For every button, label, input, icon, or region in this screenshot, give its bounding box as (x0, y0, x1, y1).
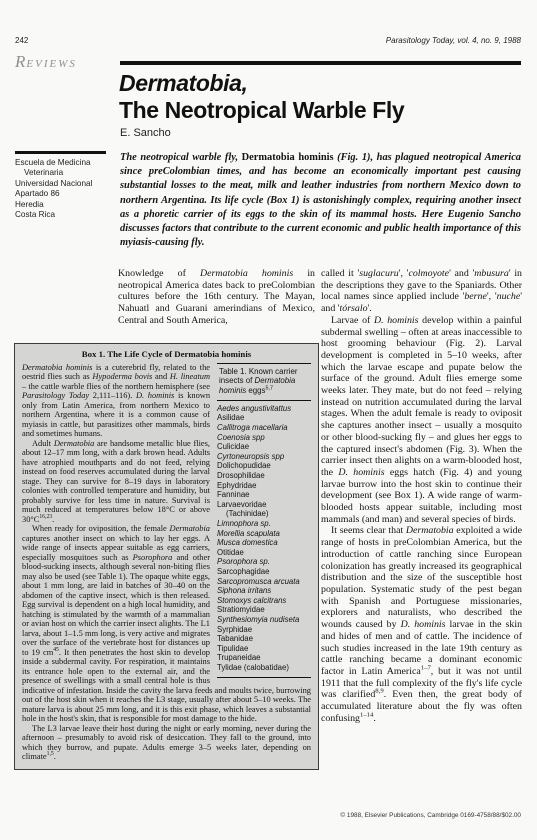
text-run: When ready for oviposition, the female (32, 524, 170, 533)
paragraph: Knowledge of Dermatobia hominis in neotr… (118, 268, 315, 327)
text-run: . (52, 515, 54, 524)
text-run: Dermatobia hominis (242, 152, 334, 163)
text-run: berne (464, 291, 486, 302)
box1-life-cycle: Box 1. The Life Cycle of Dermatobia homi… (14, 343, 319, 770)
table-row: Ephydridae (217, 481, 311, 491)
table-row: Musca domestica (217, 538, 311, 548)
text-run: . (54, 752, 56, 761)
affiliation-line: Escuela de Medicina (15, 158, 115, 168)
text-run: suglacuru (359, 268, 399, 279)
text-run: D. hominis (338, 467, 384, 478)
text-run: . (373, 713, 375, 724)
journal-page: 242 Parasitology Today, vol. 4, no. 9, 1… (0, 0, 537, 840)
text-run: The L3 larvae leave their host during th… (22, 724, 311, 762)
text-run: 2,111–116). (89, 391, 136, 400)
author-name: E. Sancho (120, 127, 171, 139)
text-run: Adult (32, 439, 54, 448)
text-run: develop within a painful subdermal swell… (321, 315, 522, 478)
text-run: ' and ' (449, 268, 474, 279)
paragraph: called it 'suglacuru', 'colmoyote' and '… (321, 268, 522, 315)
text-run: (Fig. 1), has plagued neotropical Americ… (120, 152, 521, 248)
section-label-rest: EVIEWS (26, 58, 76, 70)
text-run: ', ' (487, 291, 497, 302)
section-label-initial: R (15, 52, 26, 71)
table-row: Asilidae (217, 413, 311, 423)
text-run: colmoyote (408, 268, 449, 279)
table-row: Psorophora sp. (217, 557, 311, 567)
table-row: Cyrtoneuropsis spp (217, 452, 311, 462)
affiliation-line: Heredia (15, 200, 115, 210)
table-row: Larvaevoridae (Tachinidae) (217, 500, 311, 519)
affiliation-block: Escuela de MedicinaVeterinariaUniversida… (15, 158, 115, 220)
text-run: Parasitology Today (22, 391, 89, 400)
table-row: Aedes angustivitattus (217, 404, 311, 414)
affiliation-line: Apartado 86 (15, 189, 115, 199)
text-run: Larvae of (331, 315, 374, 326)
text-run: and other blood-sucking insects, althoug… (22, 553, 210, 657)
body-column-right: called it 'suglacuru', 'colmoyote' and '… (321, 268, 522, 724)
table1-carrier-insects: Table 1. Known carrier insects of Dermat… (217, 363, 311, 678)
table-row: Drosophilidae (217, 471, 311, 481)
table-row: Tylidae (calobatidae) (217, 663, 311, 673)
article-title-line1: Dermatobia, (119, 70, 404, 97)
reference-superscript: 1–7 (421, 665, 431, 672)
table1-rows: Aedes angustivitattusAsilidaeCallitroga … (217, 404, 311, 678)
table-row: Dolichopudidae (217, 461, 311, 471)
text-run: called it ' (321, 268, 359, 279)
table1-heading: Table 1. Known carrier insects of Dermat… (217, 363, 311, 401)
text-run: mbusura (474, 268, 509, 279)
table-row: Otitidae (217, 548, 311, 558)
table-row: Morellia scapulata (217, 529, 311, 539)
text-run: Dermatobia hominis (22, 363, 92, 372)
body-column-left: Knowledge of Dermatobia hominis in neotr… (118, 268, 315, 327)
table-row: Limnophora sp. (217, 519, 311, 529)
page-number: 242 (15, 36, 28, 45)
text-run: ', ' (399, 268, 409, 279)
text-run: Hypoderma bovis (92, 372, 152, 381)
abstract: The neotropical warble fly, Dermatobia h… (120, 151, 521, 250)
text-run: tórsalo (340, 303, 368, 314)
table-row: Sarcopromusca arcuata (217, 577, 311, 587)
affiliation-line: Costa Rica (15, 210, 115, 220)
text-run: Psorophora (133, 553, 173, 562)
affiliation-line: Universidad Nacional (15, 179, 115, 189)
text-run: H. lineatum (170, 372, 210, 381)
reference-superscript: 8,9 (375, 688, 383, 695)
text-run: D. hominis (374, 315, 419, 326)
table-row: Stratiomyidae (217, 605, 311, 615)
article-title-line2: The Neotropical Warble Fly (119, 97, 404, 124)
reference-superscript: 1,5 (47, 751, 54, 757)
text-run: nuche (497, 291, 521, 302)
table-row: Stomoxys calcitrans (217, 596, 311, 606)
section-label-reviews: REVIEWS (15, 52, 77, 72)
text-run: D. hominis (401, 619, 446, 630)
table-row: Fanninae (217, 490, 311, 500)
affiliation-line: Veterinaria (15, 168, 115, 178)
affiliation-rule (15, 151, 106, 154)
text-run: Knowledge of (118, 268, 200, 279)
text-run: Dermatobia (406, 525, 454, 536)
text-run: exploited a wide range of hosts in preCo… (321, 525, 522, 630)
text-run: The neotropical warble fly, (120, 152, 242, 163)
text-run: Dermatobia hominis (200, 268, 293, 279)
text-run: D. hominis (136, 391, 174, 400)
text-run: are handsome metallic blue flies, about … (22, 439, 210, 524)
text-run: '. (368, 303, 372, 314)
paragraph: The L3 larvae leave their host during th… (22, 724, 311, 762)
text-run: It seems clear that (331, 525, 406, 536)
text-run: eggs (246, 386, 265, 395)
text-run: Dermatobia (170, 524, 210, 533)
paragraph: Larvae of D. hominis develop within a pa… (321, 315, 522, 526)
copyright-line: © 1988, Elsevier Publications, Cambridge… (261, 812, 521, 819)
paragraph: It seems clear that Dermatobia exploited… (321, 525, 522, 724)
journal-reference: Parasitology Today, vol. 4, no. 9, 1988 (386, 36, 521, 45)
table-row: Trupaneidae (217, 653, 311, 663)
table-row: Coenosia spp (217, 433, 311, 443)
text-run: – the cattle warble flies of the norther… (22, 382, 210, 391)
table-row: Callitroga macellaria (217, 423, 311, 433)
text-run: and (152, 372, 170, 381)
table-row: Syrphidae (217, 625, 311, 635)
table-row: Tabanidae (217, 634, 311, 644)
table-row: Siphona irritans (217, 586, 311, 596)
reference-superscript: 1–14 (360, 711, 373, 718)
table-row: Culicidae (217, 442, 311, 452)
article-title: Dermatobia, The Neotropical Warble Fly (119, 70, 404, 124)
box1-title: Box 1. The Life Cycle of Dermatobia homi… (22, 350, 311, 360)
table-row: Synthesiomyia nudiseta (217, 615, 311, 625)
reference-superscript: 5,7 (266, 385, 273, 391)
text-run: Dermatobia (54, 439, 94, 448)
reference-superscript: 16,23 (39, 514, 52, 520)
title-rule (120, 61, 521, 65)
table-row: Tipulidae (217, 644, 311, 654)
table-row: Sarcophagidae (217, 567, 311, 577)
